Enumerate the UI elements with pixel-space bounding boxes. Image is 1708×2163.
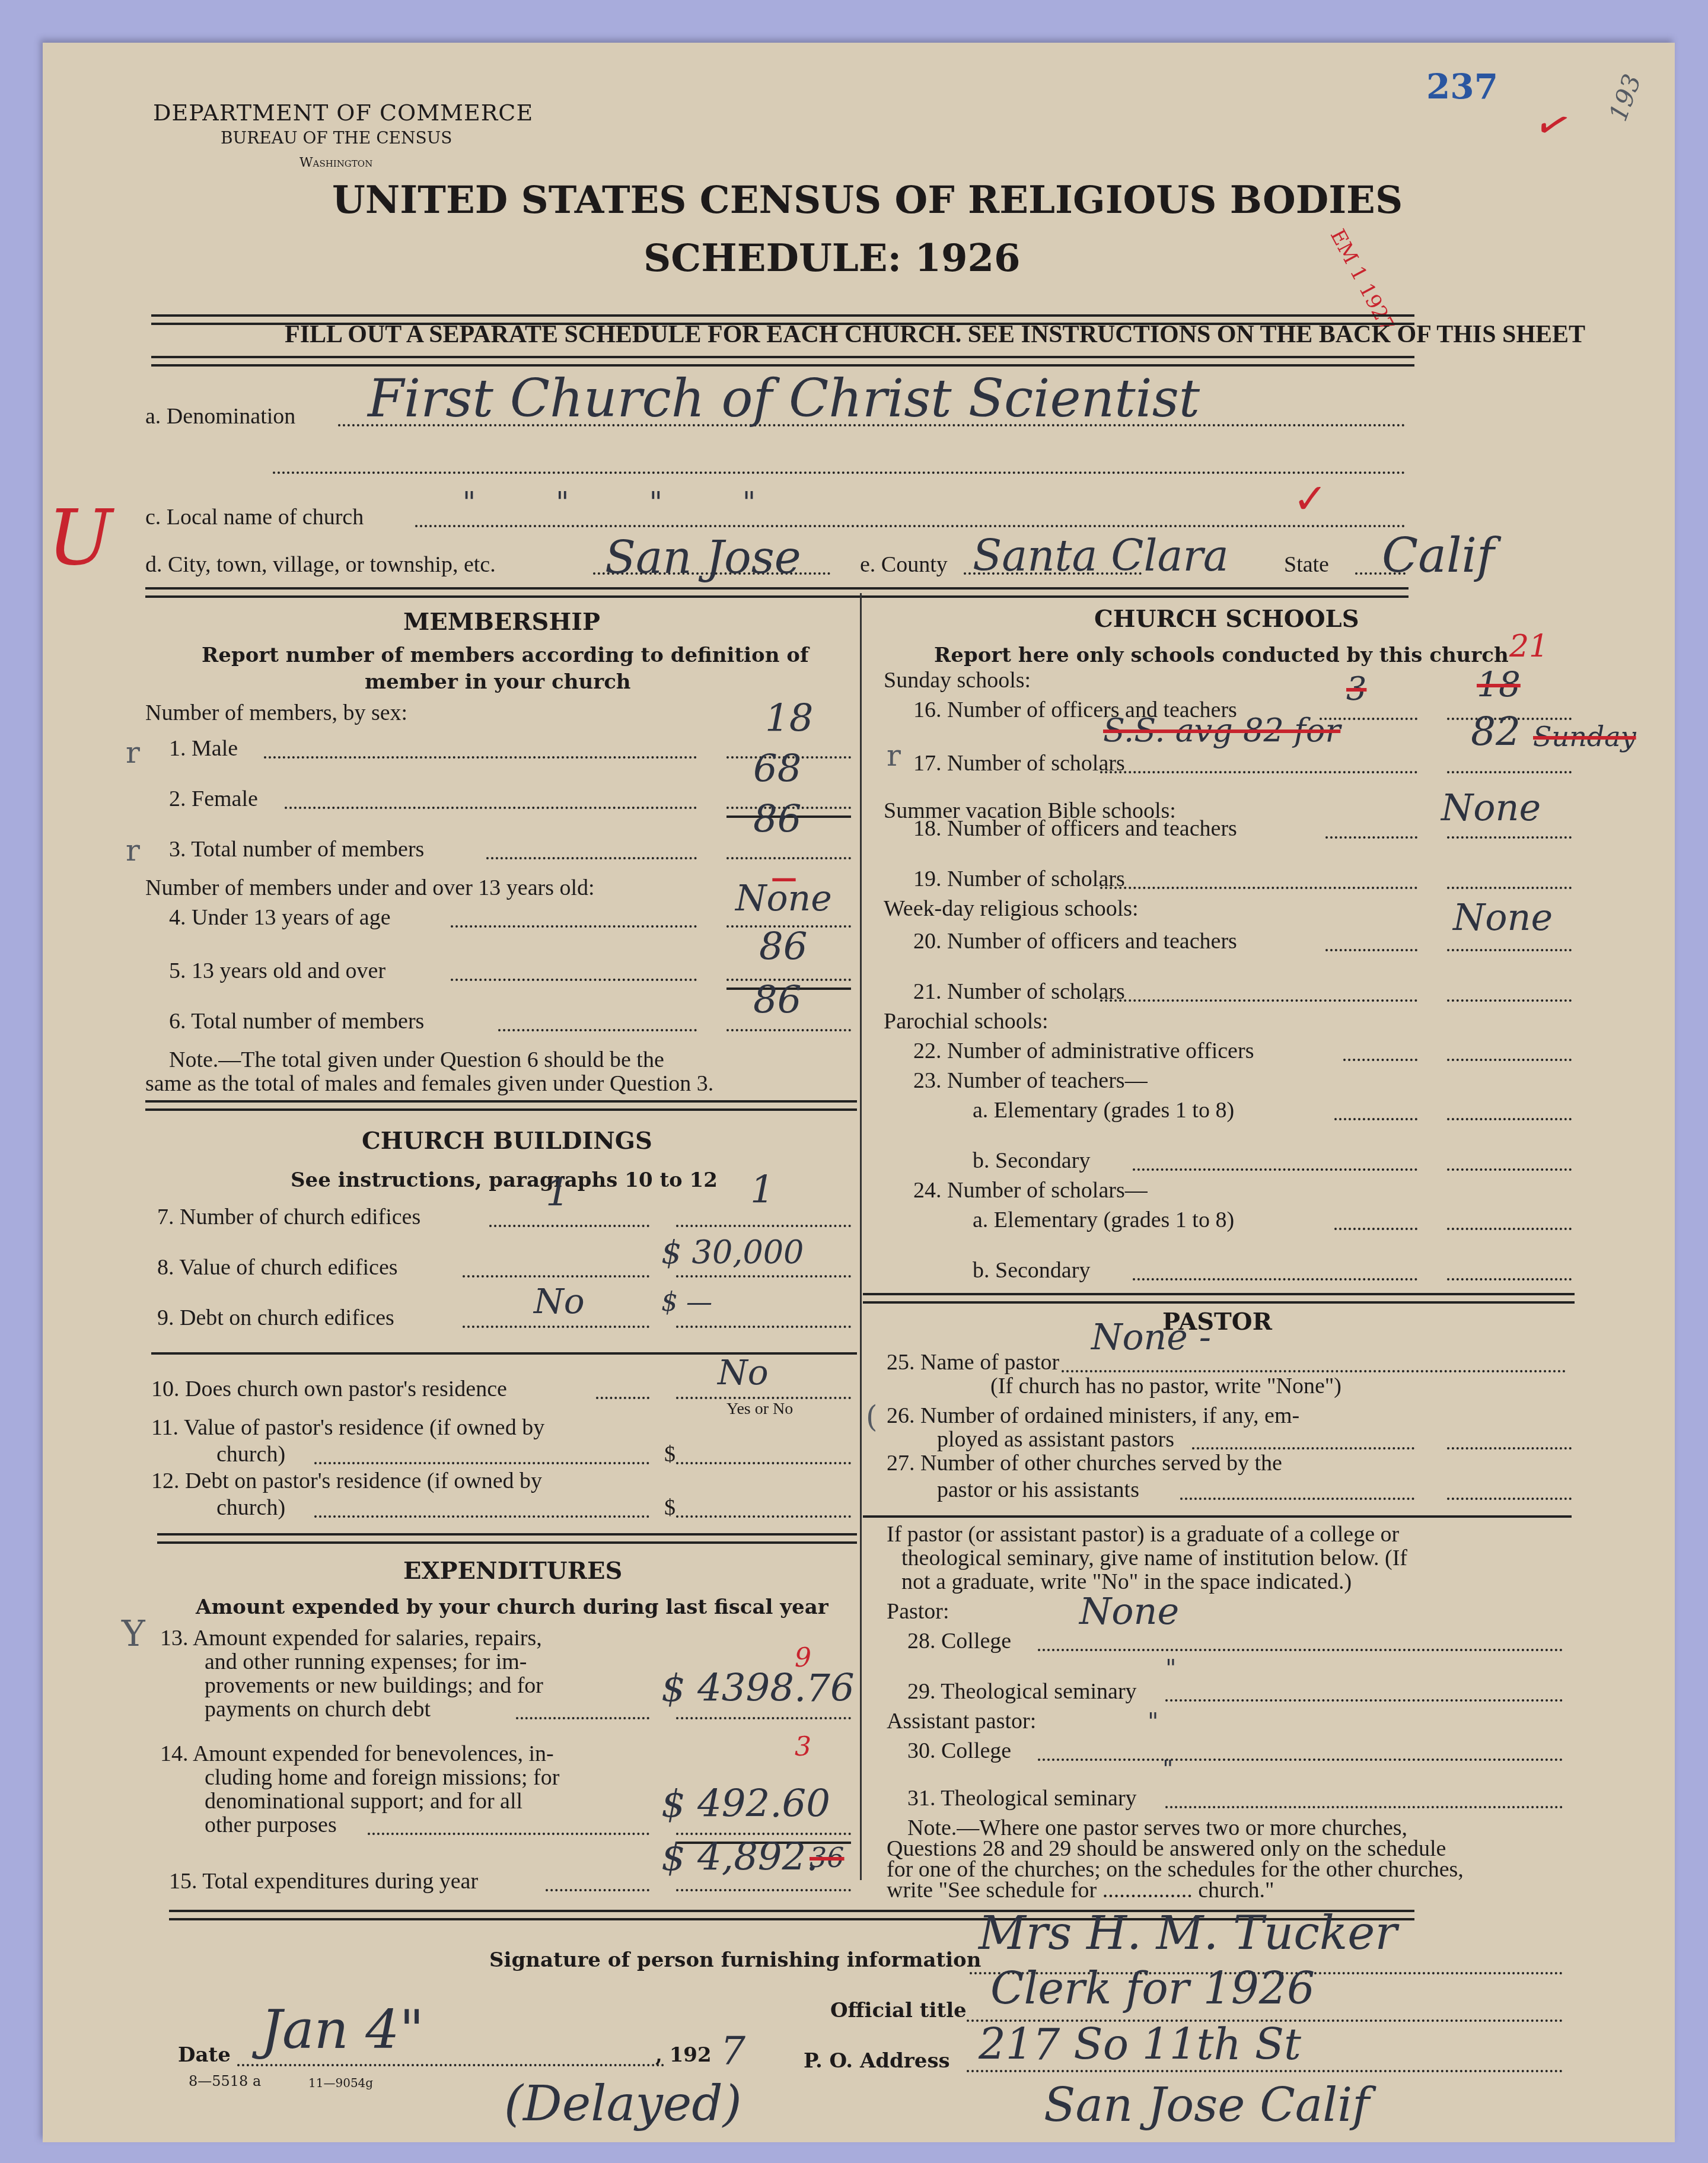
edifices-debt-label: 9. Debt on church edifices <box>157 1305 394 1331</box>
total-expenditures-line[interactable] <box>676 1889 851 1891</box>
date-year-value[interactable]: 7 <box>721 2028 745 2074</box>
assistant-college-label: 30. College <box>907 1738 1011 1764</box>
residence-value-label-2: church) <box>216 1441 285 1467</box>
q27-leader <box>1180 1498 1414 1500</box>
local-name-label: c. Local name of church <box>145 504 364 530</box>
q13-red-correction: 9 <box>795 1643 811 1673</box>
expenditures-subheading: Amount expended by your church during la… <box>196 1595 828 1619</box>
q24a-line-a[interactable] <box>1334 1228 1417 1230</box>
total-members-label: 3. Total number of members <box>169 836 424 862</box>
q17-suffix: Sunday <box>1533 721 1636 753</box>
local-name-line[interactable] <box>415 525 1406 527</box>
city-label: d. City, town, village, or township, etc… <box>145 552 496 578</box>
red-margin-mark: U <box>47 492 113 582</box>
q23b-label: b. Secondary <box>973 1148 1090 1174</box>
q20-line-b[interactable] <box>1447 949 1572 951</box>
male-value[interactable]: 18 <box>765 697 813 741</box>
assistant-college-value[interactable]: " <box>1148 1708 1158 1735</box>
department-heading: DEPARTMENT OF COMMERCE <box>153 100 533 126</box>
membership-subheading-2: member in your church <box>365 670 631 694</box>
q14-label-1: 14. Amount expended for benevolences, in… <box>160 1741 554 1767</box>
pastor-name-line[interactable] <box>1062 1370 1566 1372</box>
total-members-line[interactable] <box>726 857 851 859</box>
edifices-debt-leader <box>463 1326 649 1328</box>
male-label: 1. Male <box>169 735 238 762</box>
q19-line-a[interactable] <box>1100 887 1417 889</box>
q24a-label: a. Elementary (grades 1 to 8) <box>973 1207 1234 1233</box>
edifices-count-line-b[interactable] <box>676 1225 851 1227</box>
q26-label-1: 26. Number of ordained ministers, if any… <box>887 1403 1299 1429</box>
owns-residence-line[interactable] <box>676 1397 851 1399</box>
q17-label: 17. Number of scholars <box>913 750 1125 776</box>
buildings-subheading: See instructions, paragraphs 10 to 12 <box>291 1168 718 1192</box>
expenditures-heading: EXPENDITURES <box>403 1557 622 1585</box>
membership-note-2: same as the total of males and females g… <box>145 1071 713 1097</box>
residence-debt-label-2: church) <box>216 1495 285 1521</box>
residence-value-dollar: $ <box>664 1441 675 1467</box>
pastor-name-value[interactable]: None - <box>1091 1317 1211 1358</box>
q13-label-3: provements or new buildings; and for <box>205 1673 543 1699</box>
form-code-2: 11—9054g <box>308 2076 373 2090</box>
q21-line-a[interactable] <box>1100 999 1417 1002</box>
q23b-line-b[interactable] <box>1447 1168 1572 1171</box>
q13-label-1: 13. Amount expended for salaries, repair… <box>160 1625 542 1651</box>
q14-label-2: cluding home and foreign missions; for <box>205 1764 559 1791</box>
q22-line-a[interactable] <box>1343 1059 1417 1061</box>
denomination-value[interactable]: First Church of Christ Scientist <box>368 368 1200 429</box>
date-label: Date <box>178 2043 231 2067</box>
q24b-line-a[interactable] <box>1133 1278 1417 1280</box>
official-title-label: Official title <box>830 1999 967 2022</box>
under-13-label: 4. Under 13 years of age <box>169 904 391 931</box>
under-13-red-dash: — <box>771 863 797 893</box>
edifices-count-value-a[interactable]: 1 <box>546 1171 570 1215</box>
total-expenditures-label: 15. Total expenditures during year <box>169 1868 478 1894</box>
delayed-note: (Delayed) <box>504 2076 742 2132</box>
stamp-number: 237 <box>1426 66 1498 107</box>
pastor-name-label: 25. Name of pastor <box>887 1349 1059 1375</box>
residence-debt-leader <box>314 1515 649 1518</box>
edifices-count-line-a[interactable] <box>489 1225 649 1227</box>
q18-value[interactable]: None <box>1441 786 1541 829</box>
q24-label: 24. Number of scholars— <box>913 1177 1148 1203</box>
q24b-line-b[interactable] <box>1447 1278 1572 1280</box>
graduate-text-1: If pastor (or assistant pastor) is a gra… <box>887 1521 1399 1547</box>
membership-note-1: Note.—The total given under Question 6 s… <box>169 1047 664 1073</box>
edifices-count-value-b[interactable]: 1 <box>750 1168 775 1212</box>
official-title-value[interactable]: Clerk for 1926 <box>990 1963 1315 2014</box>
total-members-6-line[interactable] <box>726 1029 851 1031</box>
q13-leader <box>516 1717 649 1719</box>
sunday-schools-label: Sunday schools: <box>884 667 1031 693</box>
male-leader <box>264 756 697 759</box>
pencil-tick-scholars: r <box>887 738 901 773</box>
po-address-line[interactable] <box>967 2070 1563 2072</box>
q26-leader <box>1192 1447 1414 1450</box>
buildings-heading: CHURCH BUILDINGS <box>362 1127 652 1155</box>
edifices-value-line[interactable] <box>676 1275 851 1278</box>
q14-line[interactable] <box>676 1833 851 1835</box>
membership-divider <box>145 1100 857 1111</box>
county-label: e. County <box>860 552 948 578</box>
female-value[interactable]: 68 <box>753 747 801 791</box>
q26-label-2: ployed as assistant pastors <box>937 1426 1174 1452</box>
residence-debt-dollar: $ <box>664 1495 675 1521</box>
signature-value[interactable]: Mrs H. M. Tucker <box>979 1907 1397 1960</box>
college-label: 28. College <box>907 1628 1011 1654</box>
total-members-leader <box>486 857 697 859</box>
q23a-line-a[interactable] <box>1334 1118 1417 1120</box>
q23-label: 23. Number of teachers— <box>913 1068 1148 1094</box>
owns-residence-value[interactable]: No <box>718 1352 769 1393</box>
pencil-bracket-26: ( <box>866 1400 878 1434</box>
date-year-prefix: , 192 <box>655 2043 712 2067</box>
q19-label: 19. Number of scholars <box>913 866 1125 892</box>
college-line[interactable] <box>1038 1649 1563 1651</box>
q14-label-4: other purposes <box>205 1812 337 1838</box>
assistant-seminary-value[interactable]: " <box>1162 1756 1173 1783</box>
q18-line-b[interactable] <box>1447 836 1572 839</box>
q17-line-a[interactable] <box>1100 771 1417 773</box>
total-expenditures-leader <box>546 1889 649 1891</box>
q14-leader <box>368 1833 649 1835</box>
total-members-value[interactable]: 86 <box>753 798 801 842</box>
residence-value-leader <box>314 1462 649 1464</box>
total-expenditures-struck-cents: 36 <box>810 1842 845 1874</box>
yes-or-no-hint: Yes or No <box>726 1400 793 1419</box>
q23b-line-a[interactable] <box>1133 1168 1417 1171</box>
schools-red-note: 21 <box>1509 629 1548 664</box>
weekday-schools-label: Week-day religious schools: <box>884 896 1139 922</box>
q20-value[interactable]: None <box>1453 896 1553 939</box>
q26-line[interactable] <box>1447 1447 1572 1450</box>
state-value[interactable]: Calif <box>1382 528 1494 583</box>
residence-value-label-1: 11. Value of pastor's residence (if owne… <box>151 1415 544 1441</box>
edifices-value-label: 8. Value of church edifices <box>157 1254 398 1280</box>
female-leader <box>285 807 697 809</box>
banner-divider <box>151 356 1414 367</box>
red-check-icon-county: ✓ <box>1293 474 1328 523</box>
by-sex-label: Number of members, by sex: <box>145 700 407 726</box>
assistant-pastor-label: Assistant pastor: <box>887 1708 1036 1734</box>
county-value[interactable]: Santa Clara <box>973 531 1229 581</box>
q13-value[interactable]: $ 4398.76 <box>661 1667 855 1710</box>
pastor-note-4: write "See schedule for ................… <box>887 1877 1274 1903</box>
edifices-debt-line[interactable] <box>676 1326 851 1328</box>
form-code-1: 8—5518 a <box>189 2073 261 2089</box>
q19-line-b[interactable] <box>1447 887 1572 889</box>
bureau-heading: BUREAU OF THE CENSUS <box>221 128 452 148</box>
edifices-debt-value-a[interactable]: No <box>534 1281 585 1321</box>
q18-line-a[interactable] <box>1325 836 1417 839</box>
q14-label-3: denominational support; and for all <box>205 1788 522 1814</box>
q27-label-1: 27. Number of other churches served by t… <box>887 1450 1282 1476</box>
edifices-debt-value-b[interactable]: $ — <box>661 1287 712 1317</box>
denomination-label: a. Denomination <box>145 403 295 429</box>
edifices-count-label: 7. Number of church edifices <box>157 1204 420 1230</box>
total-members-6-value[interactable]: 86 <box>753 979 801 1022</box>
13-and-over-label: 5. 13 years old and over <box>169 958 385 984</box>
state-label: State <box>1284 552 1329 578</box>
assistant-seminary-label: 31. Theological seminary <box>907 1785 1137 1811</box>
schools-divider <box>863 1293 1575 1304</box>
po-address-value[interactable]: 217 So 11th St <box>979 2019 1301 2069</box>
form-title: UNITED STATES CENSUS OF RELIGIOUS BODIES <box>332 178 1403 222</box>
q17-line-b[interactable] <box>1447 771 1572 773</box>
pastor-sub-label: Pastor: <box>887 1598 949 1624</box>
seminary-label: 29. Theological seminary <box>907 1678 1137 1705</box>
pastor-name-hint: (If church has no pastor, write "None") <box>990 1373 1341 1399</box>
q27-label-2: pastor or his assistants <box>937 1477 1139 1503</box>
under-13-leader <box>451 925 697 928</box>
owns-residence-leader <box>596 1397 649 1399</box>
denomination-line-2 <box>273 472 1406 474</box>
q23a-label: a. Elementary (grades 1 to 8) <box>973 1097 1234 1123</box>
assistant-seminary-line[interactable] <box>1165 1806 1563 1808</box>
q20-line-a[interactable] <box>1325 949 1417 951</box>
schedule-year: SCHEDULE: 1926 <box>643 236 1021 281</box>
q14-red-correction: 3 <box>795 1732 811 1762</box>
q27-line[interactable] <box>1447 1498 1572 1500</box>
college-value[interactable]: None <box>1079 1589 1179 1633</box>
total-members-6-leader <box>498 1029 697 1031</box>
q16-value-a[interactable]: 3 <box>1346 670 1366 708</box>
assistant-college-line[interactable] <box>1038 1759 1563 1761</box>
date-value[interactable]: Jan 4" <box>261 1999 424 2061</box>
residence-debt-line[interactable] <box>676 1515 851 1518</box>
q20-label: 20. Number of officers and teachers <box>913 928 1237 954</box>
total-expenditures-value[interactable]: $ 4,892. <box>661 1836 818 1880</box>
13-and-over-leader <box>451 979 697 981</box>
edifices-value-leader <box>463 1275 649 1278</box>
identity-divider <box>145 587 1409 598</box>
residence-value-line[interactable] <box>676 1462 851 1464</box>
membership-subheading-1: Report number of members according to de… <box>202 644 809 667</box>
q17-value[interactable]: 82 <box>1471 709 1521 754</box>
owns-residence-label: 10. Does church own pastor's residence <box>151 1376 507 1402</box>
q13-label-2: and other running expenses; for im- <box>205 1649 527 1675</box>
q18-label: 18. Number of officers and teachers <box>913 815 1237 842</box>
q22-line-b[interactable] <box>1447 1059 1572 1061</box>
q14-value[interactable]: $ 492.60 <box>661 1782 830 1826</box>
q22-label: 22. Number of administrative officers <box>913 1038 1254 1064</box>
q21-line-b[interactable] <box>1447 999 1572 1002</box>
seminary-line[interactable] <box>1165 1699 1563 1702</box>
schools-heading: CHURCH SCHOOLS <box>1094 605 1359 633</box>
graduate-text-2: theological seminary, give name of insti… <box>901 1545 1407 1571</box>
q13-line[interactable] <box>676 1717 851 1719</box>
schools-subheading: Report here only schools conducted by th… <box>934 644 1509 667</box>
column-divider <box>860 593 862 1880</box>
pencil-tick-male: r <box>126 735 140 770</box>
po-address-city[interactable]: San Jose Calif <box>1044 2079 1369 2132</box>
signature-label: Signature of person furnishing informati… <box>489 1948 982 1972</box>
pencil-tick-total: r <box>126 833 140 868</box>
date-line[interactable] <box>237 2064 664 2066</box>
po-address-label: P. O. Address <box>804 2049 950 2073</box>
city-value[interactable]: San Jose <box>605 531 801 584</box>
q21-label: 21. Number of scholars <box>913 979 1125 1005</box>
q24a-line-b[interactable] <box>1447 1228 1572 1230</box>
pencil-tick-expenditures: Y <box>122 1613 145 1655</box>
q23a-line-b[interactable] <box>1447 1118 1572 1120</box>
edifices-value[interactable]: $ 30,000 <box>661 1234 804 1271</box>
local-name-value[interactable]: " " " " <box>463 486 791 520</box>
q16-value-b[interactable]: 18 <box>1477 664 1521 705</box>
parochial-schools-label: Parochial schools: <box>884 1008 1049 1034</box>
seminary-value[interactable]: " <box>1165 1655 1176 1682</box>
q13-label-4: payments on church debt <box>205 1696 431 1722</box>
age-label: Number of members under and over 13 year… <box>145 875 595 901</box>
female-label: 2. Female <box>169 786 258 812</box>
residence-debt-label-1: 12. Debt on pastor's residence (if owned… <box>151 1468 542 1494</box>
total-members-6-label: 6. Total number of members <box>169 1008 424 1034</box>
q17-struck-note: S.S. avg 82 for <box>1103 712 1340 749</box>
membership-heading: MEMBERSHIP <box>403 608 600 636</box>
13-and-over-value[interactable]: 86 <box>759 925 807 969</box>
washington-heading: Washington <box>299 155 372 170</box>
instruction-banner: FILL OUT A SEPARATE SCHEDULE FOR EACH CH… <box>285 320 1585 349</box>
q24b-label: b. Secondary <box>973 1257 1090 1283</box>
buildings-divider <box>157 1533 857 1544</box>
pastor-divider <box>863 1515 1572 1518</box>
